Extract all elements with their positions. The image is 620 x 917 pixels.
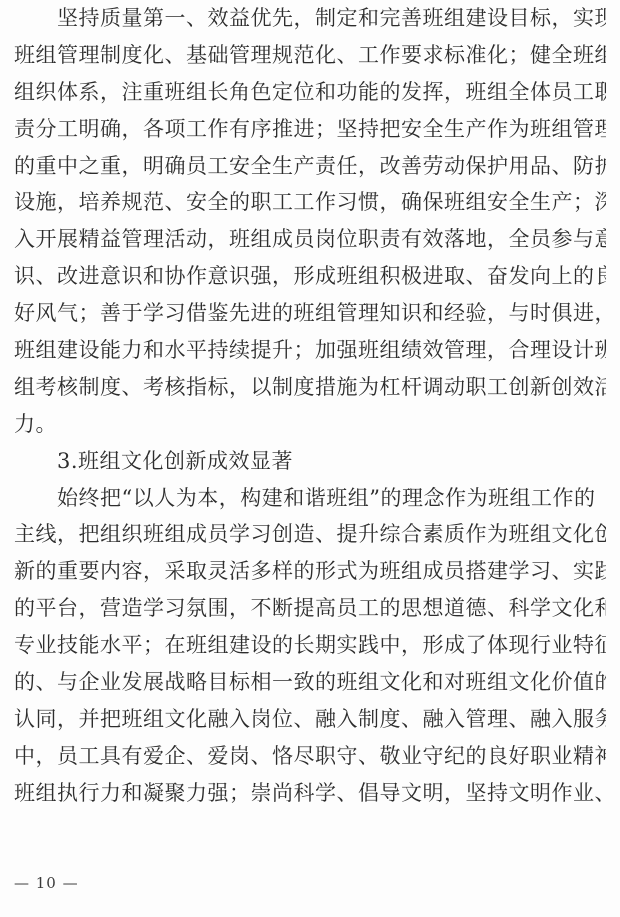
- text-line: 组织体系，注重班组长角色定位和功能的发挥，班组全体员工职: [14, 74, 606, 111]
- text-line: 始终把“以人为本，构建和谐班组”的理念作为班组工作的: [14, 480, 606, 517]
- text-line: 中，员工具有爱企、爱岗、恪尽职守、敬业守纪的良好职业精神，: [14, 738, 606, 775]
- text-line: 班组执行力和凝聚力强；崇尚科学、倡导文明，坚持文明作业、: [14, 775, 606, 812]
- text-line: 组考核制度、考核指标，以制度措施为杠杆调动职工创新创效活: [14, 369, 606, 406]
- text-line: 力。: [14, 406, 606, 443]
- text-line: 班组管理制度化、基础管理规范化、工作要求标准化；健全班组: [14, 37, 606, 74]
- document-text: 坚持质量第一、效益优先，制定和完善班组建设目标，实现 班组管理制度化、基础管理规…: [14, 0, 606, 812]
- text-line: 认同，并把班组文化融入岗位、融入制度、融入管理、融入服务: [14, 701, 606, 738]
- text-line: 新的重要内容，采取灵活多样的形式为班组成员搭建学习、实践: [14, 553, 606, 590]
- text-line: 主线，把组织班组成员学习创造、提升综合素质作为班组文化创: [14, 516, 606, 553]
- text-line: 的平台，营造学习氛围，不断提高员工的思想道德、科学文化和: [14, 590, 606, 627]
- text-line: 识、改进意识和协作意识强，形成班组积极进取、奋发向上的良: [14, 258, 606, 295]
- text-line: 专业技能水平；在班组建设的长期实践中，形成了体现行业特征: [14, 627, 606, 664]
- document-page: 坚持质量第一、效益优先，制定和完善班组建设目标，实现 班组管理制度化、基础管理规…: [0, 0, 620, 917]
- text-line: 的、与企业发展战略目标相一致的班组文化和对班组文化价值的: [14, 664, 606, 701]
- section-heading: 3.班组文化创新成效显著: [14, 443, 606, 480]
- text-line: 入开展精益管理活动，班组成员岗位职责有效落地，全员参与意: [14, 221, 606, 258]
- text-line: 的重中之重，明确员工安全生产责任，改善劳动保护用品、防护: [14, 148, 606, 185]
- text-line: 好风气；善于学习借鉴先进的班组管理知识和经验，与时俱进，: [14, 295, 606, 332]
- text-line: 责分工明确，各项工作有序推进；坚持把安全生产作为班组管理: [14, 111, 606, 148]
- text-line: 坚持质量第一、效益优先，制定和完善班组建设目标，实现: [14, 0, 606, 37]
- text-line: 设施，培养规范、安全的职工工作习惯，确保班组安全生产；深: [14, 184, 606, 221]
- text-line: 班组建设能力和水平持续提升；加强班组绩效管理，合理设计班: [14, 332, 606, 369]
- page-number: — 10 —: [14, 874, 79, 892]
